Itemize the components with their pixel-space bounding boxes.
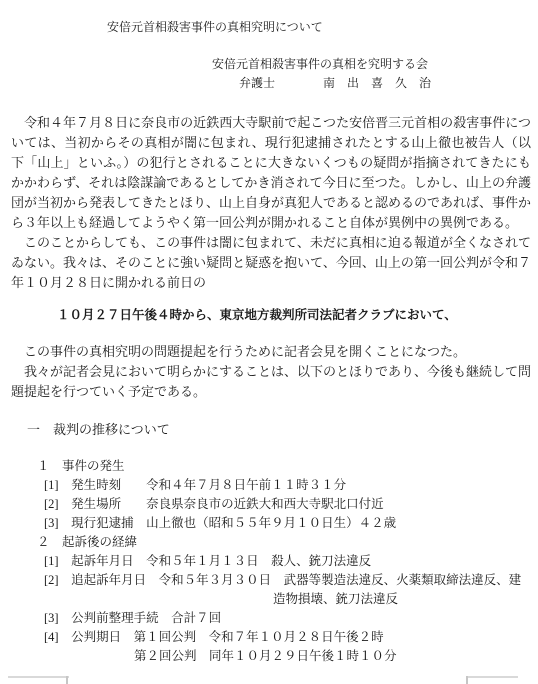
author-line: 弁護士 南 出 喜 久 治 [11,76,532,90]
corner-mark-horizontal [466,676,518,678]
list-item-arrest: [3] 現行犯逮捕 山上徹也（昭和５５年９月１０日生）４２歳 [44,514,532,533]
paragraph-incident-overview: 令和４年７月８日に奈良市の近鉄西大寺駅前で起こつた安倍晋三元首相の殺害事件につい… [11,113,531,233]
list-item-indictment-date: [1] 起訴年月日 令和５年１月１３日 殺人、銃刀法違反 [44,552,532,571]
document-page: 安倍元首相殺害事件の真相究明について 安倍元首相殺害事件の真相を究明する会 弁護… [0,0,538,684]
list-item-trial-date-second: 第２回公判 同年１０月２９日午後１時１０分 [134,647,532,666]
paragraph-press-conference: この事件の真相究明の問題提起を行うために記者会見を開くことになつた。 [11,342,531,362]
list-item-additional-indictment: [2] 追起訴年月日 令和５年３月３０日 武器等製造法違反、火薬類取締法違反、建 [44,571,532,590]
list-item-pretrial-procedure: [3] 公判前整理手続 合計７回 [44,609,532,628]
list-item-occurrence-time: [1] 発生時刻 令和４年７月８日午前１１時３１分 [44,476,532,495]
corner-mark-vertical [66,676,68,684]
paragraph-future-plan: 我々が記者会見において明らかにすることは、以下のとほりであり、今後も継続して問題… [11,362,531,402]
paragraph-doubts: このことからしても、この事件は闇に包まれて、未だに真相に迫る報道が全くなされてゐ… [11,233,531,293]
list-item-additional-indictment-cont: 造物損壊、銃刀法違反 [273,590,532,609]
press-conference-announcement: １０月２７日午後４時から、東京地方裁判所司法記者クラブにおいて、 [11,305,532,325]
list-item-trial-date-first: [4] 公判期日 第１回公判 令和７年１０月２８日午後２時 [44,628,532,647]
document-title: 安倍元首相殺害事件の真相究明について [11,20,532,34]
list-subheading-after-indictment: ２ 起訴後の経緯 [37,533,532,552]
list-item-occurrence-place: [2] 発生場所 奈良県奈良市の近鉄大和西大寺駅北口付近 [44,495,532,514]
organization-line: 安倍元首相殺害事件の真相を究明する会 [11,57,532,71]
section-heading-trial-progress: 一 裁判の推移について [27,420,532,440]
trial-record-list: １ 事件の発生 [1] 発生時刻 令和４年７月８日午前１１時３１分 [2] 発生… [11,457,532,666]
corner-mark-vertical [466,676,468,684]
corner-mark-horizontal [8,676,69,678]
list-subheading-incident: １ 事件の発生 [37,457,532,476]
